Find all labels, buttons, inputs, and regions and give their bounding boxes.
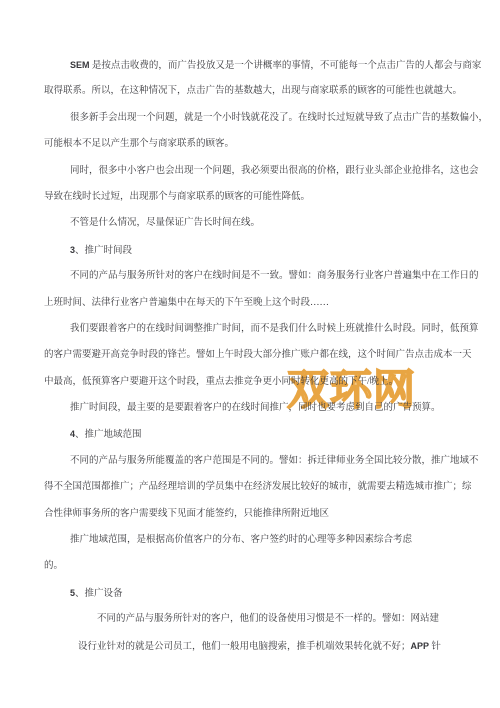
doc-line: 推广时间段，最主要的是要跟着客户的在线时间推广，同时也要考虑到自己的广告预算。 <box>44 395 464 421</box>
doc-line-text: 导致在线时长过短，出现那个与商家联系的顾客的可能性降低。 <box>44 192 310 202</box>
doc-line: 上班时间、法律行业客户普遍集中在每天的下午至晚上这个时段…… <box>44 290 464 316</box>
doc-line: 不同的产品与服务所能覆盖的客户范围是不同的。譬如：拆迁律师业务全国比较分散，推广… <box>44 448 464 474</box>
doc-line-text: 的客户需要避开高竞争时段的锋芒。譬如上午时段大部分推广账户都在线，这个时间广告点… <box>44 350 472 360</box>
doc-line-text: 合性律师事务所的客户需要线下见面才能签约，只能推律所附近地区 <box>44 509 329 519</box>
doc-line-text: 的。 <box>44 561 63 571</box>
section-title: 、推广设备 <box>75 589 123 599</box>
doc-line-text: 取得联系。所以，在这种情况下，点击广告的基数越大，出现与商家联系的顾客的可能性也… <box>44 86 462 96</box>
bold-term: SEM <box>70 60 90 70</box>
doc-line-text: 很多新手会出现一个问题，就是一个小时钱就花没了。在线时长过短就导致了点击广告的基… <box>70 113 488 123</box>
doc-line: 不同的产品与服务所针对的客户在线时间是不一致。譬如：商务服务行业客户普遍集中在工… <box>44 263 464 289</box>
doc-line: 不管是什么情况，尽量保证广告长时间在线。 <box>44 210 464 236</box>
doc-line-text: 我们要跟着客户的在线时间调整推广时间，而不是我们什么时候上班就推什么时段。同时，… <box>70 324 479 334</box>
document-page: 双环网 SEM 是按点击收费的，而广告投放又是一个讲概率的事情，不可能每一个点击… <box>0 0 500 708</box>
doc-line: 的。 <box>44 553 464 579</box>
doc-line: 合性律师事务所的客户需要线下见面才能签约，只能推律所附近地区 <box>44 501 464 527</box>
doc-line: 很多新手会出现一个问题，就是一个小时钱就花没了。在线时长过短就导致了点击广告的基… <box>44 105 464 131</box>
doc-line-text: 针 <box>429 642 441 652</box>
bold-term: APP <box>411 641 430 651</box>
doc-line: 中最高，低预算客户要避开这个时段，重点去推竞争更小同时转化更高的下午/晚上。 <box>44 369 464 395</box>
doc-line-text: 不同的产品与服务所针对的客户在线时间是不一致。譬如：商务服务行业客户普遍集中在工… <box>70 271 479 281</box>
section-heading: 5、推广设备 <box>44 580 464 606</box>
doc-line-text: 得不全国范围都推广；产品经理培训的学员集中在经济发展比较好的城市，就需要去精选城… <box>44 482 472 492</box>
doc-line-text: 上班时间、法律行业客户普遍集中在每天的下午至晚上这个时段…… <box>44 298 329 308</box>
doc-line: 的客户需要避开高竞争时段的锋芒。譬如上午时段大部分推广账户都在线，这个时间广告点… <box>44 342 464 368</box>
section-heading: 3、推广时间段 <box>44 237 464 263</box>
doc-line: 不同的产品与服务所针对的客户，他们的设备使用习惯是不一样的。譬如：网站建 <box>44 606 464 632</box>
doc-line: 同时，很多中小客户也会出现一个问题，我必须要出很高的价格，跟行业头部企业抢排名，… <box>44 158 464 184</box>
doc-line-text: 中最高，低预算客户要避开这个时段，重点去推竞争更小同时转化更高的下午/晚上。 <box>44 377 398 387</box>
doc-line-text: 不同的产品与服务所针对的客户，他们的设备使用习惯是不一样的。譬如：网站建 <box>97 614 439 624</box>
doc-line: 导致在线时长过短，出现那个与商家联系的顾客的可能性降低。 <box>44 184 464 210</box>
section-title: 、推广地域范围 <box>75 430 142 440</box>
doc-line-text: 推广时间段，最主要的是要跟着客户的在线时间推广，同时也要考虑到自己的广告预算。 <box>70 403 441 413</box>
doc-line: 可能根本不足以产生那个与商家联系的顾客。 <box>44 131 464 157</box>
doc-line-text: 设行业针对的就是公司员工，他们一般用电脑搜索，推手机端效果转化就不好； <box>78 642 411 652</box>
section-heading: 4、推广地域范围 <box>44 421 464 447</box>
doc-line-text: 是按点击收费的，而广告投放又是一个讲概率的事情，不可能每一个点击广告的人都会与商… <box>90 61 482 71</box>
document-body: SEM 是按点击收费的，而广告投放又是一个讲概率的事情，不可能每一个点击广告的人… <box>44 52 464 659</box>
doc-line-text: 推广地域范围，是根据高价值客户的分布、客户签约时的心理等多种因素综合考虑 <box>70 535 412 545</box>
doc-line-text: 不管是什么情况，尽量保证广告长时间在线。 <box>70 218 260 228</box>
doc-line-text: 不同的产品与服务所能覆盖的客户范围是不同的。譬如：拆迁律师业务全国比较分散，推广… <box>70 456 479 466</box>
doc-line-text: 可能根本不足以产生那个与商家联系的顾客。 <box>44 139 234 149</box>
section-title: 、推广时间段 <box>75 246 132 256</box>
doc-line: 得不全国范围都推广；产品经理培训的学员集中在经济发展比较好的城市，就需要去精选城… <box>44 474 464 500</box>
doc-line: 取得联系。所以，在这种情况下，点击广告的基数越大，出现与商家联系的顾客的可能性也… <box>44 78 464 104</box>
doc-line: SEM 是按点击收费的，而广告投放又是一个讲概率的事情，不可能每一个点击广告的人… <box>44 52 464 78</box>
doc-line-text: 同时，很多中小客户也会出现一个问题，我必须要出很高的价格，跟行业头部企业抢排名，… <box>70 166 479 176</box>
doc-line: 我们要跟着客户的在线时间调整推广时间，而不是我们什么时候上班就推什么时段。同时，… <box>44 316 464 342</box>
doc-line: 推广地域范围，是根据高价值客户的分布、客户签约时的心理等多种因素综合考虑 <box>44 527 464 553</box>
doc-line: 设行业针对的就是公司员工，他们一般用电脑搜索，推手机端效果转化就不好；APP 针 <box>44 633 464 659</box>
